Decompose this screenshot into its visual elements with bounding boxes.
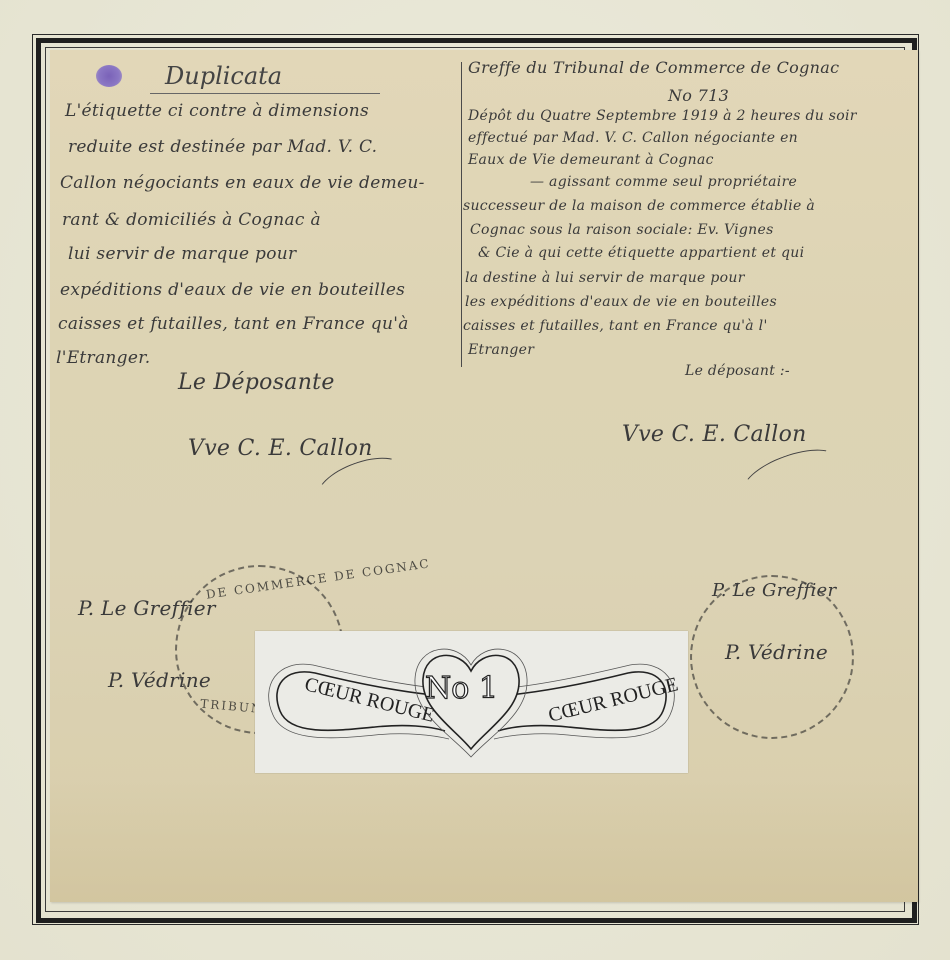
left-line-7: caisses et futailles, tant en France qu'… bbox=[58, 314, 409, 334]
right-line-1: Dépôt du Quatre Septembre 1919 à 2 heure… bbox=[468, 108, 857, 124]
right-line-5: successeur de la maison de commerce étab… bbox=[463, 198, 815, 214]
right-line-10: caisses et futailles, tant en France qu'… bbox=[463, 318, 768, 334]
left-greffier-signature: P. Védrine bbox=[108, 668, 211, 692]
title-underline bbox=[150, 93, 380, 94]
right-greffier-signature: P. Védrine bbox=[725, 640, 828, 664]
right-signature-label: Le déposant :- bbox=[685, 363, 790, 379]
label-number: No 1 bbox=[425, 671, 498, 706]
right-line-11: Etranger bbox=[468, 342, 534, 358]
right-line-4: — agissant comme seul propriétaire bbox=[530, 174, 797, 190]
left-line-2: reduite est destinée par Mad. V. C. bbox=[68, 137, 377, 157]
coeur-rouge-label: CŒUR ROUGE No 1 CŒUR ROUGE bbox=[255, 631, 688, 773]
deposit-number: No 713 bbox=[668, 86, 729, 105]
duplicata-title: Duplicata bbox=[165, 62, 282, 90]
left-greffier-label: P. Le Greffier bbox=[78, 596, 216, 620]
purple-ink-stamp-icon bbox=[96, 65, 122, 87]
left-line-1: L'étiquette ci contre à dimensions bbox=[65, 101, 369, 121]
right-header: Greffe du Tribunal de Commerce de Cognac bbox=[468, 58, 839, 77]
left-line-5: lui servir de marque pour bbox=[68, 244, 296, 264]
left-line-3: Callon négociants en eaux de vie demeu- bbox=[60, 173, 425, 193]
right-line-2: effectué par Mad. V. C. Callon négociant… bbox=[468, 130, 798, 146]
right-line-6: Cognac sous la raison sociale: Ev. Vigne… bbox=[470, 222, 774, 238]
left-line-6: expéditions d'eaux de vie en bouteilles bbox=[60, 280, 405, 300]
left-line-4: rant & domiciliés à Cognac à bbox=[62, 210, 321, 230]
paper-stain bbox=[50, 780, 918, 902]
column-divider bbox=[461, 62, 462, 367]
right-line-8: la destine à lui servir de marque pour bbox=[465, 270, 745, 286]
right-line-7: & Cie à qui cette étiquette appartient e… bbox=[478, 245, 804, 261]
left-signature-label: Le Déposante bbox=[178, 370, 335, 395]
right-line-3: Eaux de Vie demeurant à Cognac bbox=[468, 152, 714, 168]
right-greffier-label: P. Le Greffier bbox=[712, 580, 836, 601]
right-signature: Vve C. E. Callon bbox=[622, 422, 807, 447]
left-signature: Vve C. E. Callon bbox=[188, 436, 373, 461]
left-line-8: l'Etranger. bbox=[56, 348, 150, 368]
right-line-9: les expéditions d'eaux de vie en bouteil… bbox=[465, 294, 777, 310]
